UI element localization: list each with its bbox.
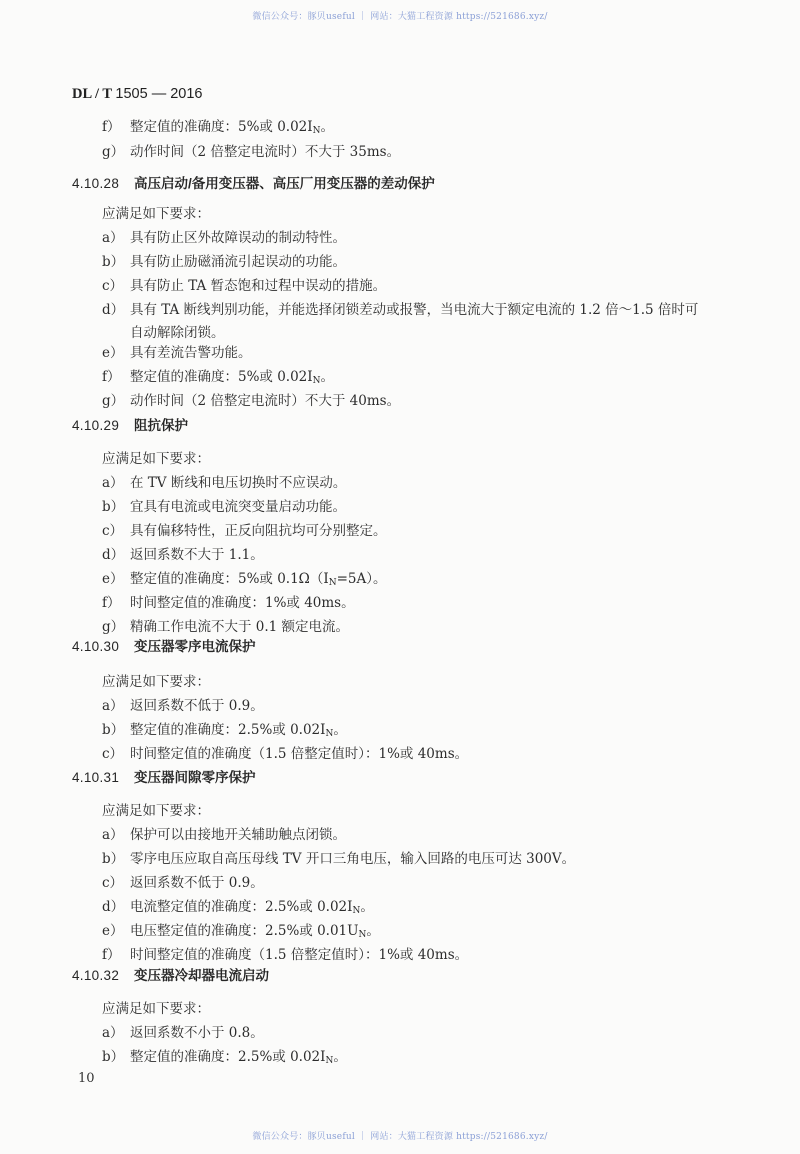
item-text-main: 在 TV 断线和电压切换时不应误动。	[130, 475, 346, 491]
item-text: 电流整定值的准确度：2.5%或 0.02IN。	[130, 898, 374, 920]
item-text-main: 具有 TA 断线判别功能，并能选择闭锁差动或报警，当电流大于额定电流的 1.2 …	[130, 302, 698, 318]
section-intro: 应满足如下要求：	[102, 1000, 210, 1018]
item-marker: b）	[102, 498, 124, 516]
item-text-main: 整定值的准确度：2.5%或 0.02I	[130, 1049, 325, 1065]
item-text: 宜具有电流或电流突变量启动功能。	[130, 498, 346, 516]
item-text-main: 具有防止区外故障误动的制动特性。	[130, 230, 346, 246]
item-marker: c）	[102, 522, 123, 540]
section-number: 4.10.32	[72, 968, 119, 983]
item-text-main: 具有防止 TA 暂态饱和过程中误动的措施。	[130, 278, 386, 294]
item-text-main: 时间整定值的准确度（1.5 倍整定值时）：1%或 40ms。	[130, 947, 468, 963]
item-text: 整定值的准确度：2.5%或 0.02IN。	[130, 1048, 347, 1070]
item-text-main: 电流整定值的准确度：2.5%或 0.02I	[130, 899, 352, 915]
section-intro: 应满足如下要求：	[102, 802, 210, 820]
section-title: 变压器间隙零序保护	[134, 769, 256, 787]
item-text-main: 动作时间（2 倍整定电流时）不大于 40ms。	[130, 393, 400, 409]
item-text: 整定值的准确度：2.5%或 0.02IN。	[130, 721, 347, 743]
item-text-main: 返回系数不大于 1.1。	[130, 547, 264, 563]
section-number: 4.10.29	[72, 418, 119, 433]
item-text-main: 整定值的准确度：5%或 0.02I	[130, 119, 313, 135]
item-marker: a）	[102, 1024, 124, 1042]
item-text: 整定值的准确度：5%或 0.1Ω（IN=5A）。	[130, 570, 386, 592]
item-text: 动作时间（2 倍整定电流时）不大于 40ms。	[130, 392, 400, 410]
item-text: 具有防止区外故障误动的制动特性。	[130, 229, 346, 247]
item-marker: c）	[102, 745, 123, 763]
item-marker: c）	[102, 874, 123, 892]
item-text-main: 整定值的准确度：2.5%或 0.02I	[130, 722, 325, 738]
item-text: 在 TV 断线和电压切换时不应误动。	[130, 474, 346, 492]
item-text-main: 动作时间（2 倍整定电流时）不大于 35ms。	[130, 144, 400, 160]
section-number: 4.10.31	[72, 770, 119, 785]
item-text-main: 零序电压应取自高压母线 TV 开口三角电压，输入回路的电压可达 300V。	[130, 851, 575, 867]
section-intro: 应满足如下要求：	[102, 673, 210, 691]
item-text-tail: 。	[320, 119, 334, 135]
item-text-tail: 。	[320, 369, 334, 385]
item-marker: f）	[102, 368, 121, 386]
section-heading: 4.10.32变压器冷却器电流启动	[72, 967, 119, 985]
page-number: 10	[78, 1071, 95, 1086]
item-text: 精确工作电流不大于 0.1 额定电流。	[130, 618, 349, 636]
section-heading: 4.10.28高压启动/备用变压器、高压厂用变压器的差动保护	[72, 175, 119, 193]
item-text: 具有防止励磁涌流引起误动的功能。	[130, 253, 346, 271]
item-marker: g）	[102, 143, 124, 161]
watermark-bottom: 微信公众号：豚贝useful ｜ 网站：大猫工程资源 https://52168…	[0, 1129, 800, 1142]
item-marker: a）	[102, 826, 124, 844]
item-text: 具有偏移特性，正反向阻抗均可分别整定。	[130, 522, 387, 540]
item-text-main: 返回系数不低于 0.9。	[130, 698, 264, 714]
subscript: N	[329, 578, 337, 588]
item-marker: e）	[102, 570, 124, 588]
section-title: 阻抗保护	[134, 417, 188, 435]
item-marker: d）	[102, 898, 124, 916]
item-text-tail: 。	[333, 1049, 347, 1065]
item-text: 返回系数不低于 0.9。	[130, 697, 264, 715]
item-marker: a）	[102, 474, 124, 492]
item-marker: d）	[102, 546, 124, 564]
item-text: 整定值的准确度：5%或 0.02IN。	[130, 118, 334, 140]
item-marker: b）	[102, 721, 124, 739]
item-text-tail: 。	[360, 899, 374, 915]
item-text: 返回系数不低于 0.9。	[130, 874, 264, 892]
item-marker: b）	[102, 850, 124, 868]
item-marker: c）	[102, 277, 123, 295]
item-text-main: 整定值的准确度：5%或 0.02I	[130, 369, 313, 385]
item-marker: f）	[102, 946, 121, 964]
item-text-main: 整定值的准确度：5%或 0.1Ω（I	[130, 571, 329, 587]
item-text-main: 时间整定值的准确度（1.5 倍整定值时）：1%或 40ms。	[130, 746, 468, 762]
section-title: 变压器零序电流保护	[134, 638, 256, 656]
item-text-main: 具有防止励磁涌流引起误动的功能。	[130, 254, 346, 270]
item-continuation: 自动解除闭锁。	[130, 324, 225, 342]
item-text: 保护可以由接地开关辅助触点闭锁。	[130, 826, 346, 844]
section-title: 高压启动/备用变压器、高压厂用变压器的差动保护	[134, 175, 435, 193]
item-text-main: 保护可以由接地开关辅助触点闭锁。	[130, 827, 346, 843]
item-text: 时间整定值的准确度（1.5 倍整定值时）：1%或 40ms。	[130, 745, 468, 763]
standard-prefix: DL / T	[72, 86, 115, 102]
section-heading: 4.10.29阻抗保护	[72, 417, 119, 435]
item-text: 具有防止 TA 暂态饱和过程中误动的措施。	[130, 277, 386, 295]
item-text: 具有 TA 断线判别功能，并能选择闭锁差动或报警，当电流大于额定电流的 1.2 …	[130, 301, 698, 319]
item-marker: g）	[102, 618, 124, 636]
item-text-tail: =5A）。	[337, 571, 387, 587]
item-marker: b）	[102, 253, 124, 271]
item-marker: d）	[102, 301, 124, 319]
item-marker: b）	[102, 1048, 124, 1066]
watermark-top: 微信公众号：豚贝useful ｜ 网站：大猫工程资源 https://52168…	[0, 9, 800, 22]
item-text: 动作时间（2 倍整定电流时）不大于 35ms。	[130, 143, 400, 161]
item-marker: f）	[102, 594, 121, 612]
item-text-main: 电压整定值的准确度：2.5%或 0.01U	[130, 923, 359, 939]
section-heading: 4.10.30变压器零序电流保护	[72, 638, 119, 656]
item-text-main: 具有差流告警功能。	[130, 345, 252, 361]
item-text: 具有差流告警功能。	[130, 344, 252, 362]
section-number: 4.10.30	[72, 639, 119, 654]
section-heading: 4.10.31变压器间隙零序保护	[72, 769, 119, 787]
standard-number: 1505 — 2016	[115, 86, 202, 102]
section-title: 变压器冷却器电流启动	[134, 967, 269, 985]
item-text: 时间整定值的准确度：1%或 40ms。	[130, 594, 355, 612]
item-text-main: 宜具有电流或电流突变量启动功能。	[130, 499, 346, 515]
item-text-main: 时间整定值的准确度：1%或 40ms。	[130, 595, 355, 611]
section-intro: 应满足如下要求：	[102, 450, 210, 468]
item-marker: a）	[102, 697, 124, 715]
item-marker: e）	[102, 922, 124, 940]
item-marker: f）	[102, 118, 121, 136]
item-text-main: 具有偏移特性，正反向阻抗均可分别整定。	[130, 523, 387, 539]
item-text: 电压整定值的准确度：2.5%或 0.01UN。	[130, 922, 380, 944]
item-text: 返回系数不小于 0.8。	[130, 1024, 264, 1042]
item-text-tail: 。	[366, 923, 380, 939]
item-text: 零序电压应取自高压母线 TV 开口三角电压，输入回路的电压可达 300V。	[130, 850, 575, 868]
item-text: 整定值的准确度：5%或 0.02IN。	[130, 368, 334, 390]
section-intro: 应满足如下要求：	[102, 205, 210, 223]
item-text: 时间整定值的准确度（1.5 倍整定值时）：1%或 40ms。	[130, 946, 468, 964]
item-text-main: 精确工作电流不大于 0.1 额定电流。	[130, 619, 349, 635]
section-number: 4.10.28	[72, 176, 119, 191]
item-text: 返回系数不大于 1.1。	[130, 546, 264, 564]
item-text-main: 返回系数不小于 0.8。	[130, 1025, 264, 1041]
item-marker: a）	[102, 229, 124, 247]
item-text-tail: 。	[333, 722, 347, 738]
standard-code: DL / T 1505 — 2016	[72, 86, 202, 103]
item-marker: g）	[102, 392, 124, 410]
item-marker: e）	[102, 344, 124, 362]
item-text-main: 返回系数不低于 0.9。	[130, 875, 264, 891]
